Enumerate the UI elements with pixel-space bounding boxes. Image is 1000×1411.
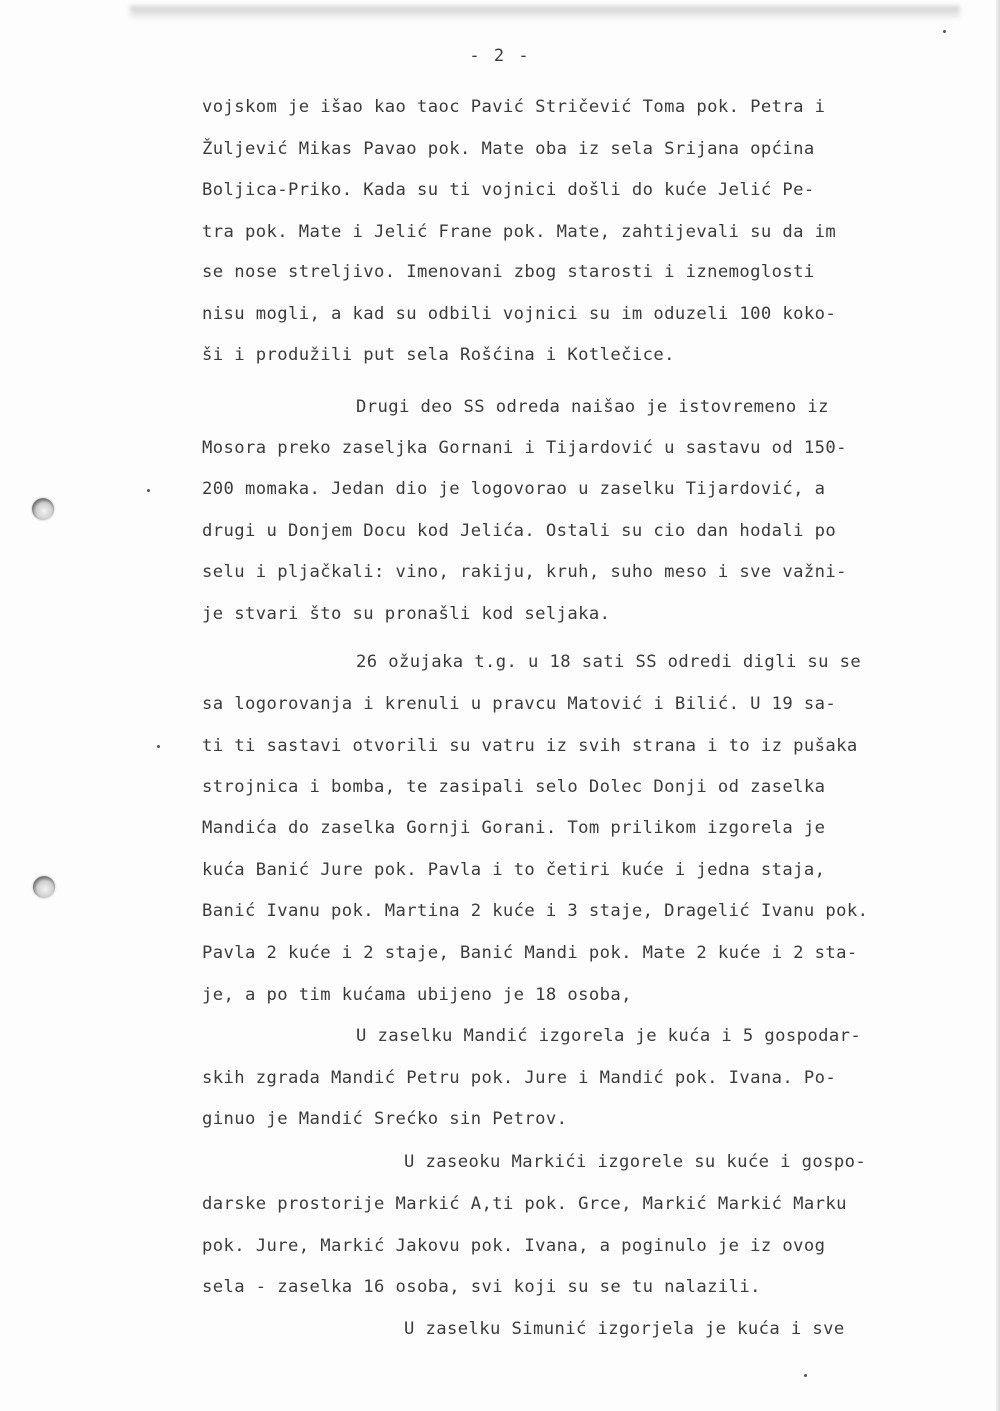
paragraph-first-line: U zaselku Simunić izgorjela je kuća i sv…	[404, 1319, 845, 1339]
paragraph-first-line: Drugi deo SS odreda naišao je istovremen…	[356, 397, 829, 417]
typewritten-page: - 2 - vojskom je išao kao taoc Pavić Str…	[0, 0, 1000, 1411]
text-line: darske prostorije Markić A,ti pok. Grce,…	[202, 1194, 847, 1214]
page-number: - 2 -	[0, 46, 1000, 66]
text-line: Mosora preko zaseljka Gornani i Tijardov…	[202, 438, 847, 458]
text-line: 200 momaka. Jedan dio je logovorao u zas…	[202, 479, 825, 499]
punch-hole-icon	[32, 498, 54, 520]
text-line: Pavla 2 kuće i 2 staje, Banić Mandi pok.…	[202, 943, 858, 963]
paragraph-first-line: U zaseoku Markići izgorele su kuće i gos…	[404, 1152, 866, 1172]
text-line: pok. Jure, Markić Jakovu pok. Ivana, a p…	[202, 1236, 825, 1256]
text-line: tra pok. Mate i Jelić Frane pok. Mate, z…	[202, 222, 836, 242]
text-line: selu i pljačkali: vino, rakiju, kruh, su…	[202, 562, 847, 582]
text-line: skih zgrada Mandić Petru pok. Jure i Man…	[202, 1068, 836, 1088]
paragraph-first-line: U zaselku Mandić izgorela je kuća i 5 go…	[356, 1026, 861, 1046]
speck	[157, 745, 160, 748]
scan-right-edge	[996, 0, 1000, 1411]
text-line: ši i produžili put sela Rošćina i Kotleč…	[202, 345, 675, 365]
text-line: sela - zaselka 16 osoba, svi koji su se …	[202, 1277, 761, 1297]
scan-edge-shadow	[130, 6, 960, 20]
text-line: Banić Ivanu pok. Martina 2 kuće i 3 staj…	[202, 901, 868, 921]
text-line: Boljica-Priko. Kada su ti vojnici došli …	[202, 180, 815, 200]
text-line: strojnica i bomba, te zasipali selo Dole…	[202, 777, 825, 797]
paragraph-first-line: 26 ožujaka t.g. u 18 sati SS odredi digl…	[356, 652, 861, 672]
speck	[943, 30, 946, 33]
text-line: Mandića do zaselka Gornji Gorani. Tom pr…	[202, 818, 825, 838]
text-line: je stvari što su pronašli kod seljaka.	[202, 604, 610, 624]
punch-hole-icon	[33, 876, 55, 898]
text-line: kuća Banić Jure pok. Pavla i to četiri k…	[202, 860, 825, 880]
text-line: sa logorovanja i krenuli u pravcu Matovi…	[202, 694, 836, 714]
speck	[804, 1374, 807, 1377]
text-line: ginuo je Mandić Srećko sin Petrov.	[202, 1109, 567, 1129]
text-line: vojskom je išao kao taoc Pavić Stričević…	[202, 97, 825, 117]
text-line: nisu mogli, a kad su odbili vojnici su i…	[202, 304, 836, 324]
text-line: Žuljević Mikas Pavao pok. Mate oba iz se…	[202, 139, 815, 159]
text-line: je, a po tim kućama ubijeno je 18 osoba,	[202, 985, 632, 1005]
speck	[147, 489, 150, 492]
text-line: drugi u Donjem Docu kod Jelića. Ostali s…	[202, 521, 836, 541]
text-line: ti ti sastavi otvorili su vatru iz svih …	[202, 736, 858, 756]
text-line: se nose streljivo. Imenovani zbog staros…	[202, 262, 815, 282]
